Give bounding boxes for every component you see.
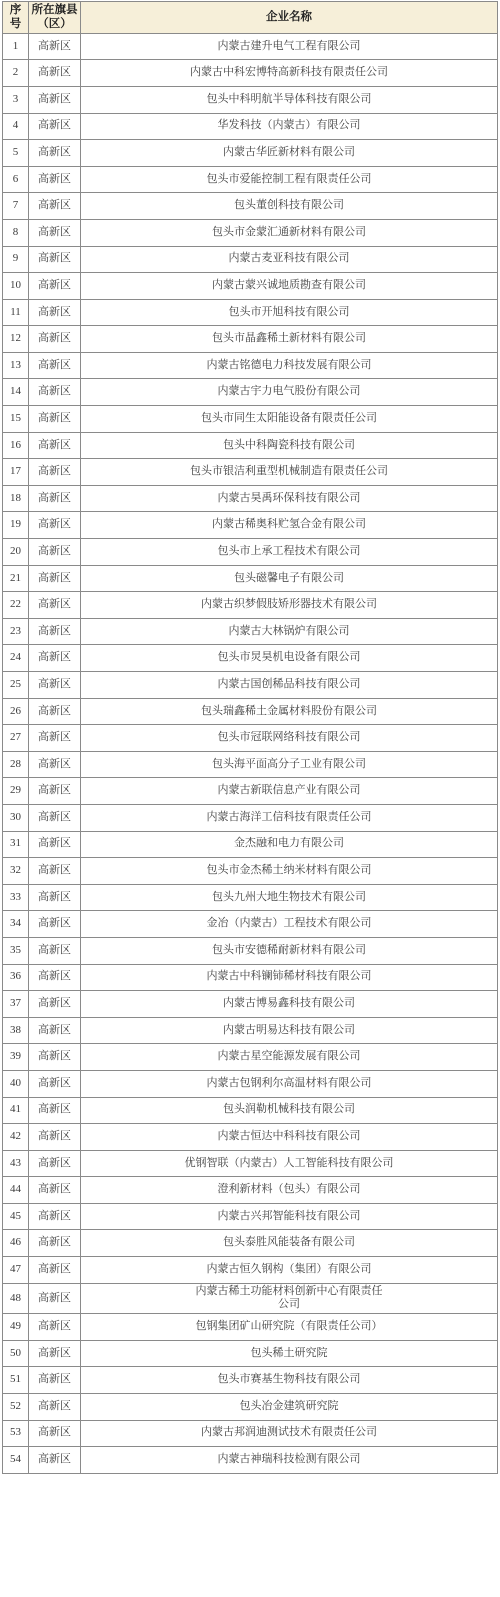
company-name-cell: 内蒙古新联信息产业有限公司 (81, 778, 498, 805)
serial-number-cell: 15 (3, 406, 29, 433)
district-cell: 高新区 (29, 1283, 81, 1314)
table-row: 11高新区包头市开旭科技有限公司 (3, 299, 498, 326)
company-name-cell: 包头海平面高分子工业有限公司 (81, 751, 498, 778)
company-name-cell: 包头冶金建筑研究院 (81, 1393, 498, 1420)
document-page: 序号 所在旗县（区） 企业名称 1高新区内蒙古建升电气工程有限公司2高新区内蒙古… (0, 0, 500, 1597)
table-row: 36高新区内蒙古中科镧铈稀材科技有限公司 (3, 964, 498, 991)
company-name-cell: 内蒙古邦润迪测试技术有限责任公司 (81, 1420, 498, 1447)
table-row: 37高新区内蒙古博易鑫科技有限公司 (3, 991, 498, 1018)
company-name-cell: 内蒙古包钢利尔高温材料有限公司 (81, 1070, 498, 1097)
company-name-cell: 包头市安德稀耐新材料有限公司 (81, 937, 498, 964)
company-name-cell: 包钢集团矿山研究院（有限责任公司） (81, 1314, 498, 1341)
serial-number-cell: 52 (3, 1393, 29, 1420)
table-row: 21高新区包头磁馨电子有限公司 (3, 565, 498, 592)
district-cell: 高新区 (29, 645, 81, 672)
serial-number-cell: 28 (3, 751, 29, 778)
table-row: 33高新区包头九州大地生物技术有限公司 (3, 884, 498, 911)
district-cell: 高新区 (29, 1044, 81, 1071)
table-row: 13高新区内蒙古铭德电力科技发展有限公司 (3, 352, 498, 379)
serial-number-cell: 11 (3, 299, 29, 326)
serial-number-cell: 48 (3, 1283, 29, 1314)
serial-number-cell: 31 (3, 831, 29, 858)
district-cell: 高新区 (29, 166, 81, 193)
header-serial-number: 序号 (3, 2, 29, 34)
company-name-cell: 包头董创科技有限公司 (81, 193, 498, 220)
district-cell: 高新区 (29, 725, 81, 752)
company-name-cell: 包头市银洁利重型机械制造有限责任公司 (81, 459, 498, 486)
company-name-cell: 包头市冠联网络科技有限公司 (81, 725, 498, 752)
table-row: 40高新区内蒙古包钢利尔高温材料有限公司 (3, 1070, 498, 1097)
district-cell: 高新区 (29, 219, 81, 246)
serial-number-cell: 13 (3, 352, 29, 379)
serial-number-cell: 46 (3, 1230, 29, 1257)
district-cell: 高新区 (29, 140, 81, 167)
district-cell: 高新区 (29, 352, 81, 379)
serial-number-cell: 23 (3, 618, 29, 645)
district-cell: 高新区 (29, 1150, 81, 1177)
district-cell: 高新区 (29, 1097, 81, 1124)
serial-number-cell: 47 (3, 1257, 29, 1284)
table-row: 41高新区包头润勒机械科技有限公司 (3, 1097, 498, 1124)
serial-number-cell: 4 (3, 113, 29, 140)
district-cell: 高新区 (29, 193, 81, 220)
table-row: 2高新区内蒙古中科宏博特高新科技有限责任公司 (3, 60, 498, 87)
company-name-cell: 包头稀土研究院 (81, 1340, 498, 1367)
company-name-cell: 内蒙古稀奥科贮氢合金有限公司 (81, 512, 498, 539)
serial-number-cell: 29 (3, 778, 29, 805)
serial-number-cell: 18 (3, 485, 29, 512)
table-row: 14高新区内蒙古宇力电气股份有限公司 (3, 379, 498, 406)
company-name-cell: 金冶（内蒙古）工程技术有限公司 (81, 911, 498, 938)
company-name-cell: 包头瑞鑫稀土金属材料股份有限公司 (81, 698, 498, 725)
table-row: 30高新区内蒙古海洋工信科技有限责任公司 (3, 804, 498, 831)
company-name-cell: 内蒙古大林锅炉有限公司 (81, 618, 498, 645)
company-name-cell: 内蒙古蒙兴诚地质勘查有限公司 (81, 273, 498, 300)
serial-number-cell: 38 (3, 1017, 29, 1044)
company-name-cell: 金杰融和电力有限公司 (81, 831, 498, 858)
district-cell: 高新区 (29, 831, 81, 858)
table-row: 48高新区内蒙古稀土功能材料创新中心有限责任 公司 (3, 1283, 498, 1314)
serial-number-cell: 3 (3, 86, 29, 113)
serial-number-cell: 24 (3, 645, 29, 672)
table-body: 1高新区内蒙古建升电气工程有限公司2高新区内蒙古中科宏博特高新科技有限责任公司3… (3, 33, 498, 1473)
company-name-cell: 包头市金蒙汇通新材料有限公司 (81, 219, 498, 246)
serial-number-cell: 26 (3, 698, 29, 725)
district-cell: 高新区 (29, 1314, 81, 1341)
serial-number-cell: 5 (3, 140, 29, 167)
district-cell: 高新区 (29, 86, 81, 113)
table-row: 39高新区内蒙古星空能源发展有限公司 (3, 1044, 498, 1071)
table-row: 35高新区包头市安德稀耐新材料有限公司 (3, 937, 498, 964)
company-name-cell: 包头中科陶瓷科技有限公司 (81, 432, 498, 459)
company-name-cell: 包头市金杰稀土纳米材料有限公司 (81, 858, 498, 885)
table-row: 52高新区包头冶金建筑研究院 (3, 1393, 498, 1420)
company-name-cell: 内蒙古神瑞科技检测有限公司 (81, 1447, 498, 1474)
table-row: 10高新区内蒙古蒙兴诚地质勘查有限公司 (3, 273, 498, 300)
serial-number-cell: 54 (3, 1447, 29, 1474)
serial-number-cell: 43 (3, 1150, 29, 1177)
serial-number-cell: 7 (3, 193, 29, 220)
table-row: 19高新区内蒙古稀奥科贮氢合金有限公司 (3, 512, 498, 539)
serial-number-cell: 25 (3, 672, 29, 699)
header-company-name: 企业名称 (81, 2, 498, 34)
table-row: 34高新区金冶（内蒙古）工程技术有限公司 (3, 911, 498, 938)
table-row: 4高新区华发科技（内蒙古）有限公司 (3, 113, 498, 140)
table-row: 6高新区包头市爱能控制工程有限责任公司 (3, 166, 498, 193)
table-row: 18高新区内蒙古昊禹环保科技有限公司 (3, 485, 498, 512)
company-name-cell: 内蒙古国创稀品科技有限公司 (81, 672, 498, 699)
company-name-cell: 包头润勒机械科技有限公司 (81, 1097, 498, 1124)
serial-number-cell: 39 (3, 1044, 29, 1071)
serial-number-cell: 51 (3, 1367, 29, 1394)
serial-number-cell: 6 (3, 166, 29, 193)
company-name-cell: 内蒙古麦亚科技有限公司 (81, 246, 498, 273)
serial-number-cell: 42 (3, 1124, 29, 1151)
table-row: 50高新区包头稀土研究院 (3, 1340, 498, 1367)
table-row: 54高新区内蒙古神瑞科技检测有限公司 (3, 1447, 498, 1474)
serial-number-cell: 21 (3, 565, 29, 592)
header-district: 所在旗县（区） (29, 2, 81, 34)
district-cell: 高新区 (29, 33, 81, 60)
serial-number-cell: 41 (3, 1097, 29, 1124)
company-name-cell: 包头市赛基生物科技有限公司 (81, 1367, 498, 1394)
serial-number-cell: 17 (3, 459, 29, 486)
district-cell: 高新区 (29, 698, 81, 725)
district-cell: 高新区 (29, 618, 81, 645)
district-cell: 高新区 (29, 1230, 81, 1257)
table-row: 29高新区内蒙古新联信息产业有限公司 (3, 778, 498, 805)
table-row: 27高新区包头市冠联网络科技有限公司 (3, 725, 498, 752)
company-name-cell: 内蒙古中科宏博特高新科技有限责任公司 (81, 60, 498, 87)
district-cell: 高新区 (29, 246, 81, 273)
table-row: 51高新区包头市赛基生物科技有限公司 (3, 1367, 498, 1394)
table-row: 47高新区内蒙古恒久钢构（集团）有限公司 (3, 1257, 498, 1284)
district-cell: 高新区 (29, 778, 81, 805)
company-name-cell: 内蒙古明易达科技有限公司 (81, 1017, 498, 1044)
table-header: 序号 所在旗县（区） 企业名称 (3, 2, 498, 34)
company-name-cell: 内蒙古恒久钢构（集团）有限公司 (81, 1257, 498, 1284)
district-cell: 高新区 (29, 1203, 81, 1230)
serial-number-cell: 10 (3, 273, 29, 300)
district-cell: 高新区 (29, 937, 81, 964)
table-row: 28高新区包头海平面高分子工业有限公司 (3, 751, 498, 778)
serial-number-cell: 20 (3, 539, 29, 566)
table-row: 53高新区内蒙古邦润迪测试技术有限责任公司 (3, 1420, 498, 1447)
district-cell: 高新区 (29, 884, 81, 911)
serial-number-cell: 34 (3, 911, 29, 938)
company-name-cell: 内蒙古织梦假肢矫形器技术有限公司 (81, 592, 498, 619)
serial-number-cell: 33 (3, 884, 29, 911)
serial-number-cell: 12 (3, 326, 29, 353)
district-cell: 高新区 (29, 326, 81, 353)
table-row: 15高新区包头市同生太阳能设备有限责任公司 (3, 406, 498, 433)
district-cell: 高新区 (29, 1257, 81, 1284)
company-name-cell: 内蒙古宇力电气股份有限公司 (81, 379, 498, 406)
company-name-cell: 内蒙古兴邦智能科技有限公司 (81, 1203, 498, 1230)
company-name-cell: 澄利新材料（包头）有限公司 (81, 1177, 498, 1204)
company-name-cell: 内蒙古博易鑫科技有限公司 (81, 991, 498, 1018)
company-name-cell: 包头中科明航半导体科技有限公司 (81, 86, 498, 113)
company-name-cell: 内蒙古恒达中科科技有限公司 (81, 1124, 498, 1151)
company-name-cell: 内蒙古海洋工信科技有限责任公司 (81, 804, 498, 831)
company-name-cell: 包头市上承工程技术有限公司 (81, 539, 498, 566)
table-row: 22高新区内蒙古织梦假肢矫形器技术有限公司 (3, 592, 498, 619)
district-cell: 高新区 (29, 299, 81, 326)
district-cell: 高新区 (29, 539, 81, 566)
serial-number-cell: 32 (3, 858, 29, 885)
company-name-cell: 优钢智联（内蒙古）人工智能科技有限公司 (81, 1150, 498, 1177)
company-name-cell: 内蒙古昊禹环保科技有限公司 (81, 485, 498, 512)
company-name-cell: 内蒙古中科镧铈稀材科技有限公司 (81, 964, 498, 991)
district-cell: 高新区 (29, 459, 81, 486)
serial-number-cell: 35 (3, 937, 29, 964)
serial-number-cell: 9 (3, 246, 29, 273)
company-name-cell: 包头市同生太阳能设备有限责任公司 (81, 406, 498, 433)
serial-number-cell: 53 (3, 1420, 29, 1447)
district-cell: 高新区 (29, 1447, 81, 1474)
company-name-cell: 华发科技（内蒙古）有限公司 (81, 113, 498, 140)
district-cell: 高新区 (29, 751, 81, 778)
table-row: 42高新区内蒙古恒达中科科技有限公司 (3, 1124, 498, 1151)
table-row: 3高新区包头中科明航半导体科技有限公司 (3, 86, 498, 113)
table-row: 32高新区包头市金杰稀土纳米材料有限公司 (3, 858, 498, 885)
district-cell: 高新区 (29, 858, 81, 885)
serial-number-cell: 30 (3, 804, 29, 831)
district-cell: 高新区 (29, 804, 81, 831)
table-row: 7高新区包头董创科技有限公司 (3, 193, 498, 220)
company-name-cell: 内蒙古铭德电力科技发展有限公司 (81, 352, 498, 379)
company-name-cell: 包头九州大地生物技术有限公司 (81, 884, 498, 911)
company-table: 序号 所在旗县（区） 企业名称 1高新区内蒙古建升电气工程有限公司2高新区内蒙古… (2, 1, 498, 1474)
table-row: 24高新区包头市炅昊机电设备有限公司 (3, 645, 498, 672)
district-cell: 高新区 (29, 1124, 81, 1151)
table-row: 23高新区内蒙古大林锅炉有限公司 (3, 618, 498, 645)
serial-number-cell: 1 (3, 33, 29, 60)
company-name-cell: 包头市开旭科技有限公司 (81, 299, 498, 326)
district-cell: 高新区 (29, 911, 81, 938)
serial-number-cell: 19 (3, 512, 29, 539)
company-name-cell: 内蒙古建升电气工程有限公司 (81, 33, 498, 60)
company-name-cell: 包头市炅昊机电设备有限公司 (81, 645, 498, 672)
company-name-cell: 内蒙古华匠新材料有限公司 (81, 140, 498, 167)
district-cell: 高新区 (29, 1420, 81, 1447)
serial-number-cell: 16 (3, 432, 29, 459)
district-cell: 高新区 (29, 565, 81, 592)
district-cell: 高新区 (29, 1070, 81, 1097)
district-cell: 高新区 (29, 113, 81, 140)
company-name-cell: 包头市爱能控制工程有限责任公司 (81, 166, 498, 193)
district-cell: 高新区 (29, 512, 81, 539)
district-cell: 高新区 (29, 432, 81, 459)
table-row: 16高新区包头中科陶瓷科技有限公司 (3, 432, 498, 459)
table-row: 26高新区包头瑞鑫稀土金属材料股份有限公司 (3, 698, 498, 725)
serial-number-cell: 22 (3, 592, 29, 619)
table-row: 46高新区包头泰胜风能装备有限公司 (3, 1230, 498, 1257)
company-name-cell: 内蒙古星空能源发展有限公司 (81, 1044, 498, 1071)
table-row: 49高新区包钢集团矿山研究院（有限责任公司） (3, 1314, 498, 1341)
district-cell: 高新区 (29, 991, 81, 1018)
district-cell: 高新区 (29, 1340, 81, 1367)
district-cell: 高新区 (29, 672, 81, 699)
company-name-cell: 包头磁馨电子有限公司 (81, 565, 498, 592)
district-cell: 高新区 (29, 964, 81, 991)
district-cell: 高新区 (29, 485, 81, 512)
table-row: 38高新区内蒙古明易达科技有限公司 (3, 1017, 498, 1044)
serial-number-cell: 40 (3, 1070, 29, 1097)
table-row: 12高新区包头市晶鑫稀土新材料有限公司 (3, 326, 498, 353)
district-cell: 高新区 (29, 592, 81, 619)
table-row: 43高新区优钢智联（内蒙古）人工智能科技有限公司 (3, 1150, 498, 1177)
company-name-cell: 包头市晶鑫稀土新材料有限公司 (81, 326, 498, 353)
serial-number-cell: 45 (3, 1203, 29, 1230)
company-name-cell: 内蒙古稀土功能材料创新中心有限责任 公司 (81, 1283, 498, 1314)
district-cell: 高新区 (29, 379, 81, 406)
table-row: 31高新区金杰融和电力有限公司 (3, 831, 498, 858)
table-row: 5高新区内蒙古华匠新材料有限公司 (3, 140, 498, 167)
serial-number-cell: 44 (3, 1177, 29, 1204)
district-cell: 高新区 (29, 1017, 81, 1044)
serial-number-cell: 50 (3, 1340, 29, 1367)
serial-number-cell: 37 (3, 991, 29, 1018)
company-name-cell: 包头泰胜风能装备有限公司 (81, 1230, 498, 1257)
header-row: 序号 所在旗县（区） 企业名称 (3, 2, 498, 34)
serial-number-cell: 14 (3, 379, 29, 406)
table-row: 1高新区内蒙古建升电气工程有限公司 (3, 33, 498, 60)
serial-number-cell: 49 (3, 1314, 29, 1341)
district-cell: 高新区 (29, 1393, 81, 1420)
table-row: 9高新区内蒙古麦亚科技有限公司 (3, 246, 498, 273)
district-cell: 高新区 (29, 406, 81, 433)
serial-number-cell: 27 (3, 725, 29, 752)
district-cell: 高新区 (29, 1177, 81, 1204)
district-cell: 高新区 (29, 273, 81, 300)
district-cell: 高新区 (29, 60, 81, 87)
serial-number-cell: 8 (3, 219, 29, 246)
table-row: 8高新区包头市金蒙汇通新材料有限公司 (3, 219, 498, 246)
serial-number-cell: 36 (3, 964, 29, 991)
district-cell: 高新区 (29, 1367, 81, 1394)
table-row: 20高新区包头市上承工程技术有限公司 (3, 539, 498, 566)
table-row: 25高新区内蒙古国创稀品科技有限公司 (3, 672, 498, 699)
table-row: 17高新区包头市银洁利重型机械制造有限责任公司 (3, 459, 498, 486)
serial-number-cell: 2 (3, 60, 29, 87)
table-row: 44高新区澄利新材料（包头）有限公司 (3, 1177, 498, 1204)
table-row: 45高新区内蒙古兴邦智能科技有限公司 (3, 1203, 498, 1230)
